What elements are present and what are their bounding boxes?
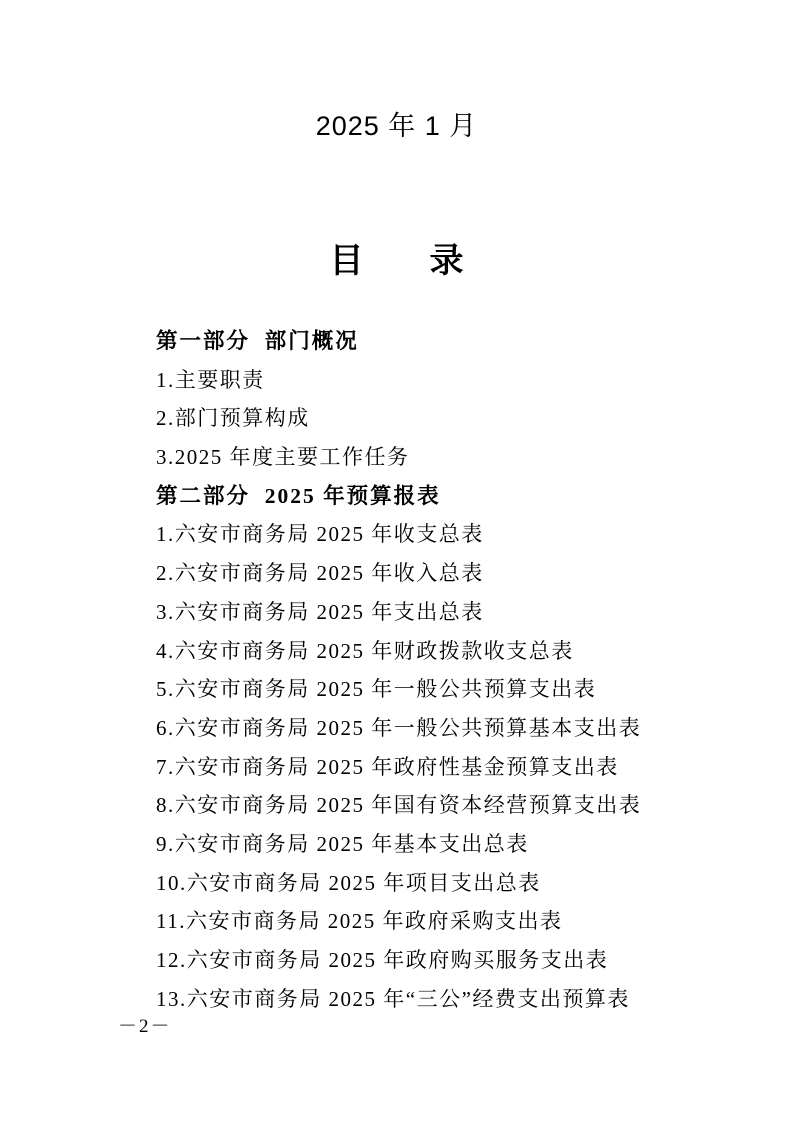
toc-title-char-1: 目	[330, 233, 364, 282]
toc-item-part2-9: 9.六安市商务局 2025 年基本支出总表	[156, 825, 733, 864]
document-date: 2025 年 1 月	[0, 104, 793, 143]
toc-list: 第一部分 部门概况 1.主要职责 2.部门预算构成 3.2025 年度主要工作任…	[156, 322, 733, 1018]
toc-item-part2-3: 3.六安市商务局 2025 年支出总表	[156, 593, 733, 632]
toc-item-part2-6: 6.六安市商务局 2025 年一般公共预算基本支出表	[156, 709, 733, 748]
toc-item-part2-11: 11.六安市商务局 2025 年政府采购支出表	[156, 902, 733, 941]
toc-item-part2-8: 8.六安市商务局 2025 年国有资本经营预算支出表	[156, 786, 733, 825]
toc-title: 目 录	[0, 233, 793, 282]
toc-item-part2-13: 13.六安市商务局 2025 年“三公”经费支出预算表	[156, 980, 733, 1019]
toc-section-1-header: 第一部分 部门概况	[156, 322, 733, 361]
toc-item-part2-7: 7.六安市商务局 2025 年政府性基金预算支出表	[156, 748, 733, 787]
toc-item-part1-2: 2.部门预算构成	[156, 399, 733, 438]
toc-item-part2-1: 1.六安市商务局 2025 年收支总表	[156, 515, 733, 554]
toc-section-2-header: 第二部分 2025 年预算报表	[156, 477, 733, 516]
toc-item-part1-1: 1.主要职责	[156, 361, 733, 400]
toc-item-part2-2: 2.六安市商务局 2025 年收入总表	[156, 554, 733, 593]
toc-item-part2-5: 5.六安市商务局 2025 年一般公共预算支出表	[156, 670, 733, 709]
document-page: 2025 年 1 月 目 录 第一部分 部门概况 1.主要职责 2.部门预算构成…	[0, 0, 793, 1122]
toc-item-part2-12: 12.六安市商务局 2025 年政府购买服务支出表	[156, 941, 733, 980]
toc-item-part2-10: 10.六安市商务局 2025 年项目支出总表	[156, 864, 733, 903]
toc-title-char-2: 录	[430, 233, 464, 282]
toc-item-part2-4: 4.六安市商务局 2025 年财政拨款收支总表	[156, 632, 733, 671]
toc-item-part1-3: 3.2025 年度主要工作任务	[156, 438, 733, 477]
page-number: －2－	[118, 1011, 172, 1038]
